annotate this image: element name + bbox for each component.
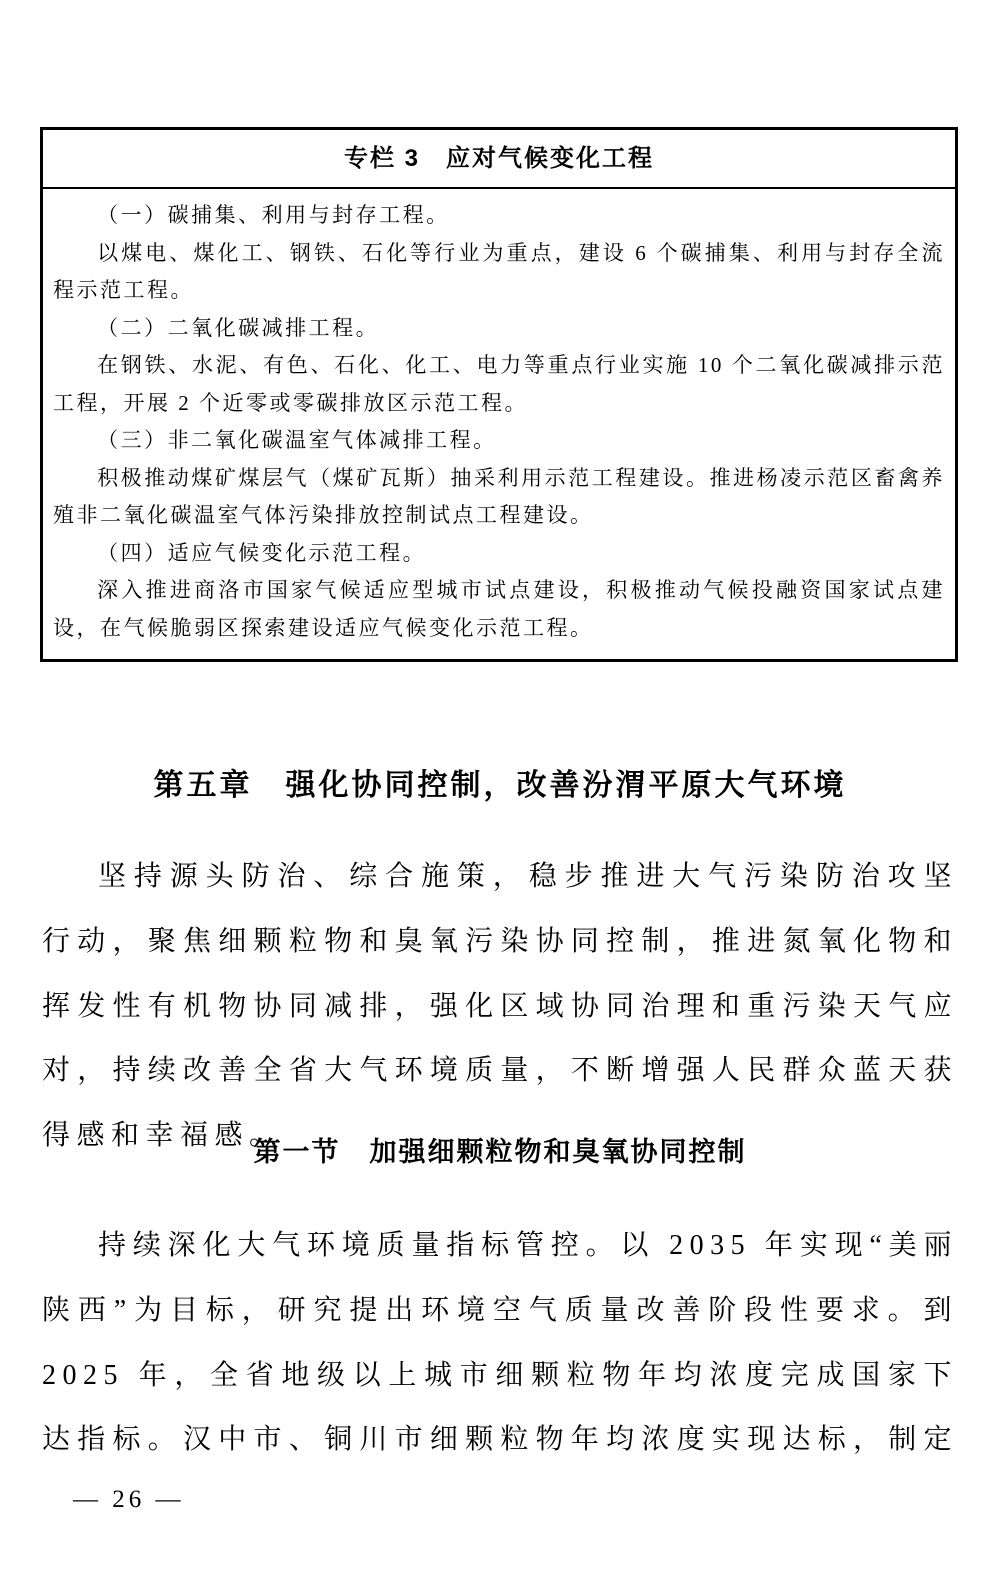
column-box-body: （一）碳捕集、利用与封存工程。 以煤电、煤化工、钢铁、石化等行业为重点，建设 6… [43, 189, 955, 657]
box-item-2-body: 在钢铁、水泥、有色、石化、化工、电力等重点行业实施 10 个二氧化碳减排示范工程… [53, 347, 945, 422]
box-item-3-body: 积极推动煤矿煤层气（煤矿瓦斯）抽采利用示范工程建设。推进杨凌示范区畜禽养殖非二氧… [53, 460, 945, 535]
box-item-1-heading: （一）碳捕集、利用与封存工程。 [53, 197, 945, 235]
box-item-1-body: 以煤电、煤化工、钢铁、石化等行业为重点，建设 6 个碳捕集、利用与封存全流程示范… [53, 235, 945, 310]
page-number-footer: — 26 — [73, 1486, 185, 1514]
column-box: 专栏 3 应对气候变化工程 （一）碳捕集、利用与封存工程。 以煤电、煤化工、钢铁… [40, 127, 958, 662]
chapter-intro-paragraph: 坚持源头防治、综合施策，稳步推进大气污染防治攻坚行动，聚焦细颗粒物和臭氧污染协同… [42, 845, 958, 1169]
box-item-3-heading: （三）非二氧化碳温室气体减排工程。 [53, 422, 945, 460]
chapter-title: 第五章 强化协同控制，改善汾渭平原大气环境 [0, 760, 1000, 804]
document-page: 专栏 3 应对气候变化工程 （一）碳捕集、利用与封存工程。 以煤电、煤化工、钢铁… [0, 0, 1000, 1588]
box-item-4-body: 深入推进商洛市国家气候适应型城市试点建设，积极推动气候投融资国家试点建设，在气候… [53, 572, 945, 647]
box-item-4-heading: （四）适应气候变化示范工程。 [53, 535, 945, 573]
column-box-title: 专栏 3 应对气候变化工程 [43, 130, 955, 189]
section-title: 第一节 加强细颗粒物和臭氧协同控制 [0, 1130, 1000, 1169]
box-item-2-heading: （二）二氧化碳减排工程。 [53, 310, 945, 348]
section-paragraph: 持续深化大气环境质量指标管控。以 2035 年实现“美丽陕西”为目标，研究提出环… [42, 1214, 958, 1484]
